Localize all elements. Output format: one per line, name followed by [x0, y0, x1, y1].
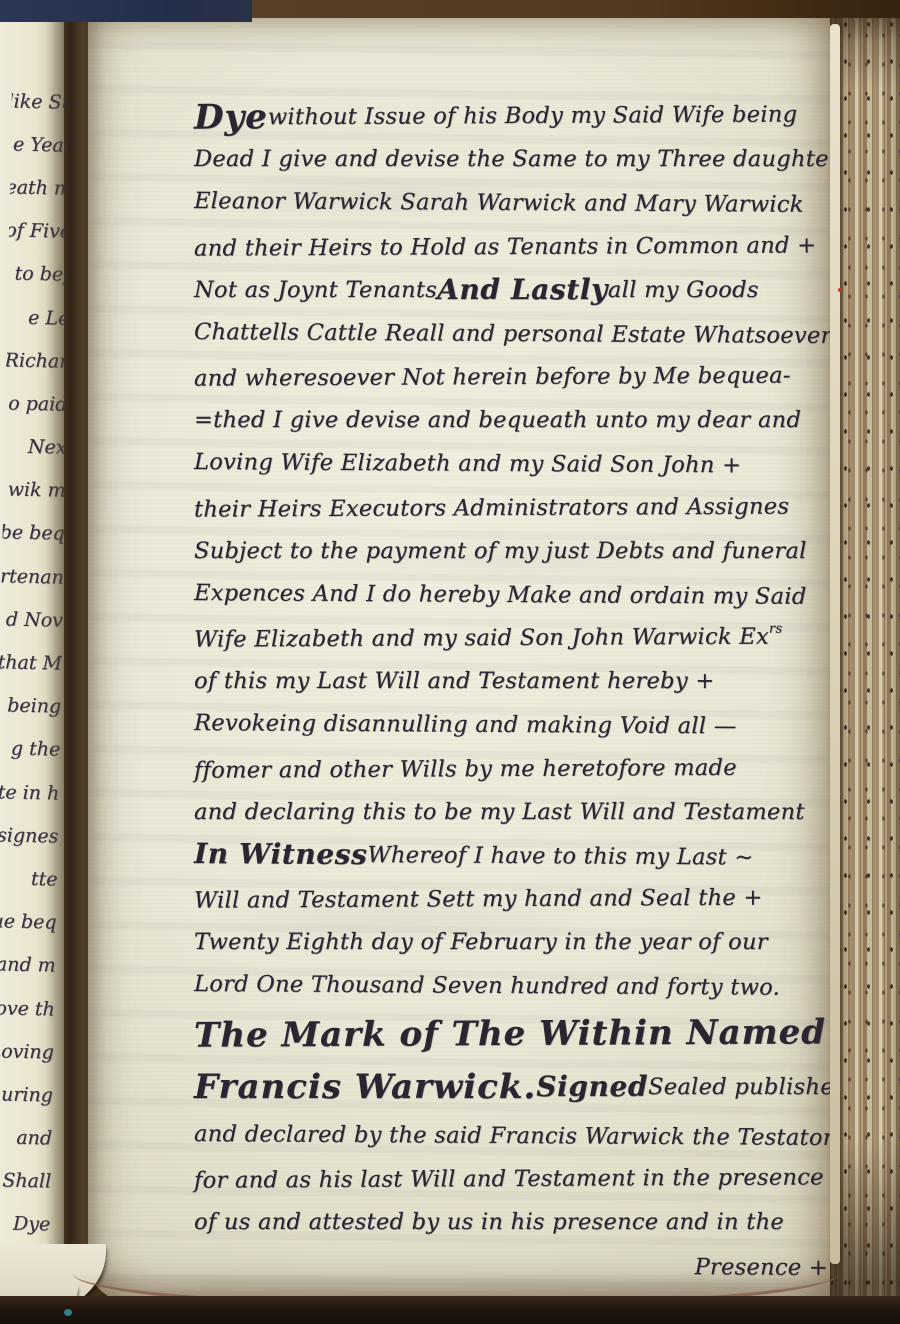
facing-page-text-fragment: Dye: [0, 1202, 51, 1246]
text-segment: Signed: [536, 1070, 648, 1103]
text-line: Subject to the payment of my just Debts …: [194, 529, 834, 573]
text-segment: In Witness: [194, 837, 368, 871]
text-segment: Twenty Eighth day of February in the yea…: [194, 929, 768, 955]
text-line: Lord One Thousand Seven hundred and fort…: [194, 962, 834, 1009]
text-segment: all my Goods: [608, 277, 759, 303]
text-segment: without Issue of his Body my Said Wife b…: [268, 101, 798, 130]
text-line: The Mark of The Within Named +: [194, 1006, 834, 1061]
text-line: Revokeing disannulling and making Void a…: [194, 701, 834, 748]
text-line: Expences And I do hereby Make and ordain…: [194, 571, 834, 618]
text-line: In Witness Whereof I have to this my Las…: [194, 832, 834, 879]
text-segment: Dead I give and devise the Same to my Th…: [194, 146, 852, 172]
text-line: and wheresoever Not herein before by Me …: [194, 353, 834, 400]
teal-speck: [64, 1309, 72, 1316]
book-cover-top-edge: [200, 0, 900, 18]
text-segment: of this my Last Will and Testament hereb…: [194, 668, 715, 694]
text-line: Loving Wife Elizabeth and my Said Son Jo…: [194, 440, 834, 487]
book-cover-blue-corner: [0, 0, 252, 22]
text-line: Wife Elizabeth and my said Son John Warw…: [194, 614, 834, 661]
manuscript-page: Dye without Issue of his Body my Said Wi…: [88, 16, 836, 1308]
text-segment: Sealed published: [648, 1074, 848, 1100]
book-bottom-edge: [0, 1296, 900, 1324]
text-line: Twenty Eighth day of February in the yea…: [194, 921, 834, 965]
text-segment: Expences And I do hereby Make and ordain…: [194, 579, 807, 609]
text-segment: of us and attested by us in his presence…: [194, 1209, 784, 1235]
text-segment: Dye: [194, 97, 268, 137]
fore-edge-page-stack: [830, 0, 900, 1324]
text-segment: Lord One Thousand Seven hundred and fort…: [194, 971, 780, 1001]
text-segment: Subject to the payment of my just Debts …: [194, 538, 807, 564]
text-segment: and their Heirs to Hold as Tenants in Co…: [194, 232, 816, 261]
text-segment: Chattells Cattle Reall and personal Esta…: [194, 318, 832, 348]
text-segment: Loving Wife Elizabeth and my Said Son Jo…: [194, 449, 741, 478]
red-speck: [838, 288, 842, 292]
testator-name: Francis Warwick.: [194, 1067, 536, 1107]
text-line: and declaring this to be my Last Will an…: [194, 790, 834, 834]
text-segment: Will and Testament Sett my hand and Seal…: [194, 884, 763, 913]
text-segment: Whereof I have to this my Last ~: [367, 841, 753, 869]
text-line: Dye without Issue of his Body my Said Wi…: [194, 92, 834, 139]
text-line: Francis Warwick. Signed Sealed published: [194, 1060, 834, 1114]
text-segment: Revokeing disannulling and making Void a…: [194, 710, 737, 739]
text-segment: Not as Joynt Tenants: [194, 277, 437, 303]
text-line: of this my Last Will and Testament hereb…: [194, 660, 834, 704]
manuscript-photo: like Su e Year eath m of Five to bef e L…: [0, 0, 900, 1324]
text-segment: and wheresoever Not herein before by Me …: [194, 362, 791, 391]
text-line: =thed I give devise and bequeath unto my…: [194, 399, 834, 443]
text-segment: The Mark of The Within Named +: [194, 1012, 869, 1056]
text-line: and declared by the said Francis Warwick…: [194, 1112, 834, 1159]
text-segment: =thed I give devise and bequeath unto my…: [194, 407, 801, 433]
text-line: ffomer and other Wills by me heretofore …: [194, 745, 834, 792]
text-segment: their Heirs Executors Administrators and…: [194, 493, 789, 522]
text-line: their Heirs Executors Administrators and…: [194, 484, 834, 531]
text-line: of us and attested by us in his presence…: [194, 1201, 834, 1245]
text-line: Eleanor Warwick Sarah Warwick and Mary W…: [194, 179, 834, 226]
text-line: and their Heirs to Hold as Tenants in Co…: [194, 223, 834, 270]
text-line: Dead I give and devise the Same to my Th…: [194, 138, 834, 182]
text-line: Chattells Cattle Reall and personal Esta…: [194, 310, 834, 357]
text-segment: ffomer and other Wills by me heretofore …: [194, 754, 737, 783]
text-segment: for and as his last Will and Testament i…: [194, 1164, 824, 1193]
text-segment: and declared by the said Francis Warwick…: [194, 1120, 834, 1150]
will-text: Dye without Issue of his Body my Said Wi…: [194, 94, 834, 1288]
text-line: Not as Joynt Tenants And Lastly all my G…: [194, 268, 834, 312]
book-gutter-shadow: [46, 8, 102, 1308]
text-segment: And Lastly: [437, 273, 608, 306]
facing-page-text-fragment: and: [0, 1116, 52, 1160]
text-line: Will and Testament Sett my hand and Seal…: [194, 875, 834, 922]
text-line: for and as his last Will and Testament i…: [194, 1155, 834, 1202]
text-segment: Wife Elizabeth and my said Son John Warw…: [194, 623, 769, 652]
superscript-abbreviation: rs: [769, 615, 783, 645]
text-segment: Eleanor Warwick Sarah Warwick and Mary W…: [194, 188, 804, 218]
facing-page-text-fragment: Shall: [0, 1159, 52, 1203]
text-segment: and declaring this to be my Last Will an…: [194, 799, 805, 825]
